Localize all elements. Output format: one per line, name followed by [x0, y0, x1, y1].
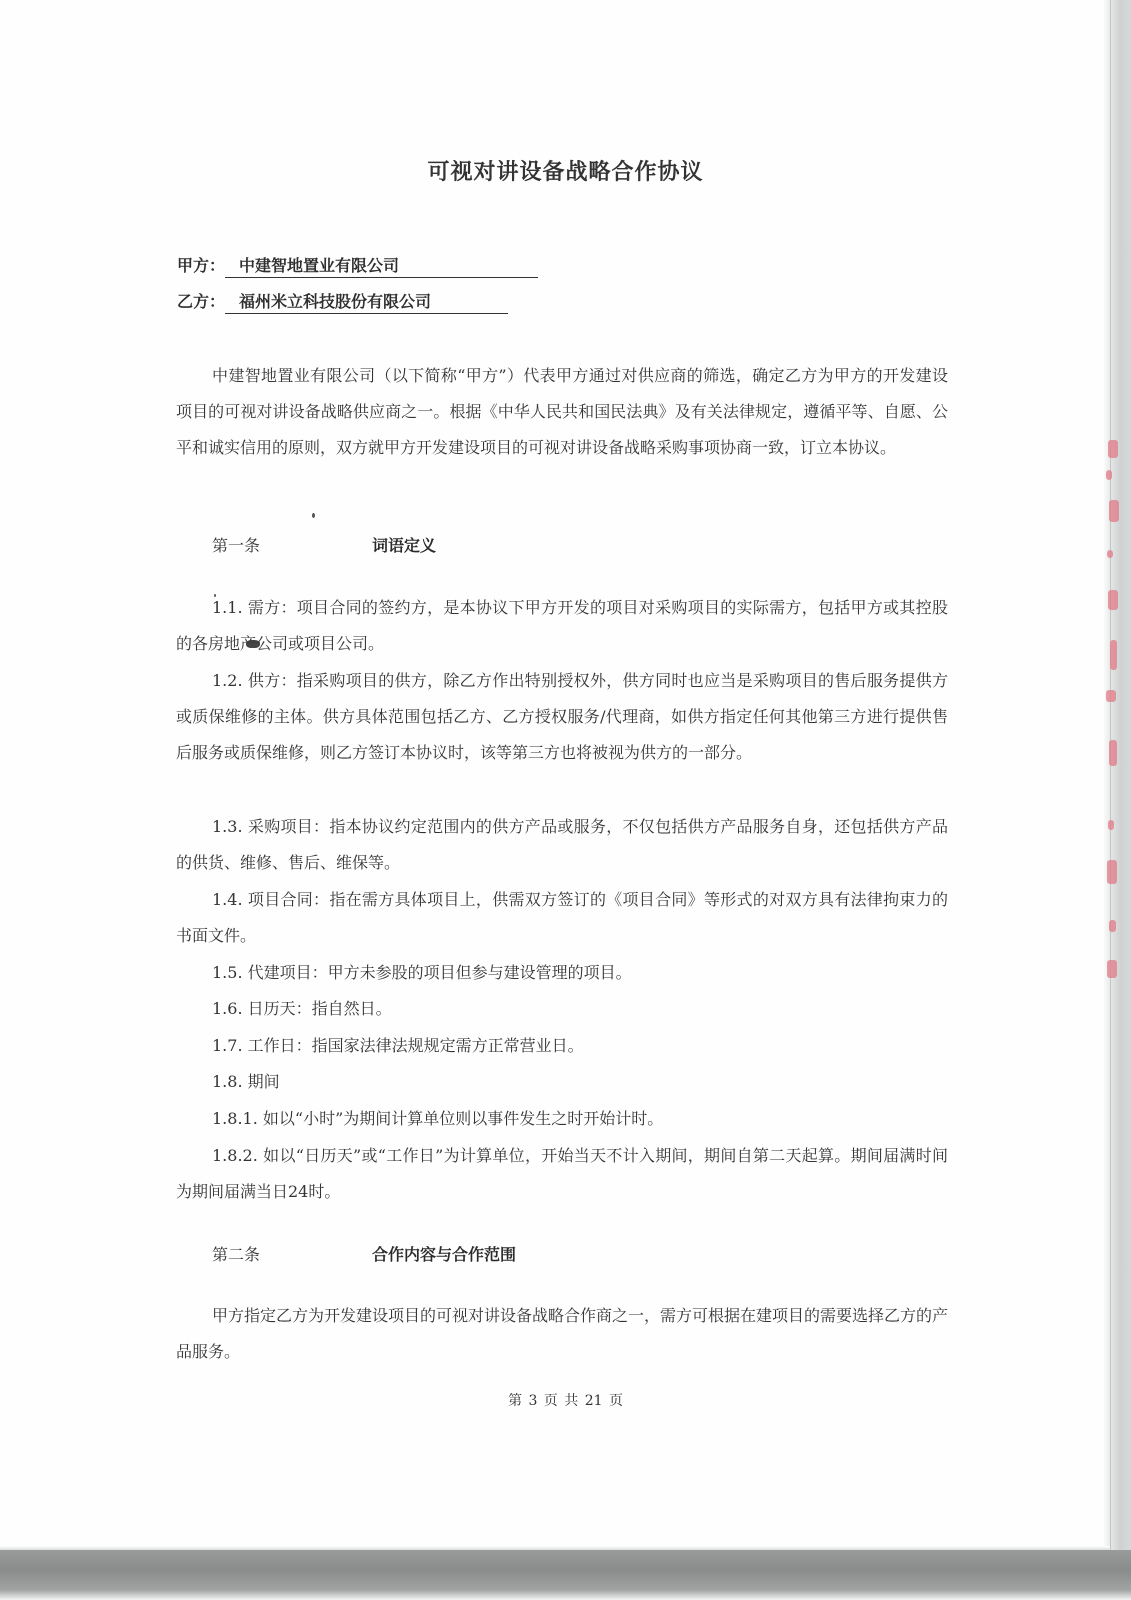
- party-a: 甲方： 中建智地置业有限公司: [177, 253, 538, 278]
- clause-1-1: 1.1. 需方：项目合同的签约方，是本协议下甲方开发的项目对采购项目的实际需方，…: [176, 590, 948, 662]
- article-2-paragraph: 甲方指定乙方为开发建设项目的可视对讲设备战略合作商之一，需方可根据在建项目的需要…: [176, 1298, 948, 1370]
- article-2-title: 合作内容与合作范围: [372, 1242, 516, 1265]
- party-a-name: 中建智地置业有限公司: [225, 256, 538, 278]
- document-title: 可视对讲设备战略合作协议: [0, 155, 1131, 186]
- clause-1-8: 1.8. 期间: [176, 1064, 948, 1100]
- scan-shadow-bottom: [0, 1550, 1131, 1600]
- clause-1-8-1: 1.8.1. 如以“小时”为期间计算单位则以事件发生之时开始计时。: [176, 1101, 948, 1137]
- clause-1-4: 1.4. 项目合同：指在需方具体项目上，供需双方签订的《项目合同》等形式的对双方…: [176, 882, 948, 954]
- party-a-label: 甲方：: [177, 253, 225, 276]
- intro-paragraph: 中建智地置业有限公司（以下简称“甲方”）代表甲方通过对供应商的筛选，确定乙方为甲…: [176, 358, 948, 466]
- page-number-footer: 第 3 页 共 21 页: [0, 1390, 1131, 1410]
- red-seal-mark: [1104, 440, 1118, 1000]
- clause-1-7: 1.7. 工作日：指国家法律法规规定需方正常营业日。: [176, 1028, 948, 1064]
- article-1-title: 词语定义: [372, 533, 436, 556]
- party-b-name: 福州米立科技股份有限公司: [225, 292, 508, 314]
- article-1-number: 第一条: [212, 533, 372, 556]
- article-1-heading: 第一条 词语定义: [212, 533, 436, 556]
- party-b-label: 乙方：: [177, 289, 225, 312]
- clause-1-8-2: 1.8.2. 如以“日历天”或“工作日”为计算单位，开始当天不计入期间，期间自第…: [176, 1138, 948, 1210]
- scan-speck: [312, 513, 315, 518]
- clause-1-6: 1.6. 日历天：指自然日。: [176, 991, 948, 1027]
- article-2-number: 第二条: [212, 1242, 372, 1265]
- article-2-heading: 第二条 合作内容与合作范围: [212, 1242, 516, 1265]
- party-b: 乙方： 福州米立科技股份有限公司: [177, 289, 508, 314]
- clause-1-5: 1.5. 代建项目：甲方未参股的项目但参与建设管理的项目。: [176, 955, 948, 991]
- clause-1-3: 1.3. 采购项目：指本协议约定范围内的供方产品或服务，不仅包括供方产品服务自身…: [176, 809, 948, 881]
- scanned-page: 可视对讲设备战略合作协议 甲方： 中建智地置业有限公司 乙方： 福州米立科技股份…: [0, 0, 1131, 1600]
- clause-1-2: 1.2. 供方：指采购项目的供方，除乙方作出特别授权外，供方同时也应当是采购项目…: [176, 663, 948, 771]
